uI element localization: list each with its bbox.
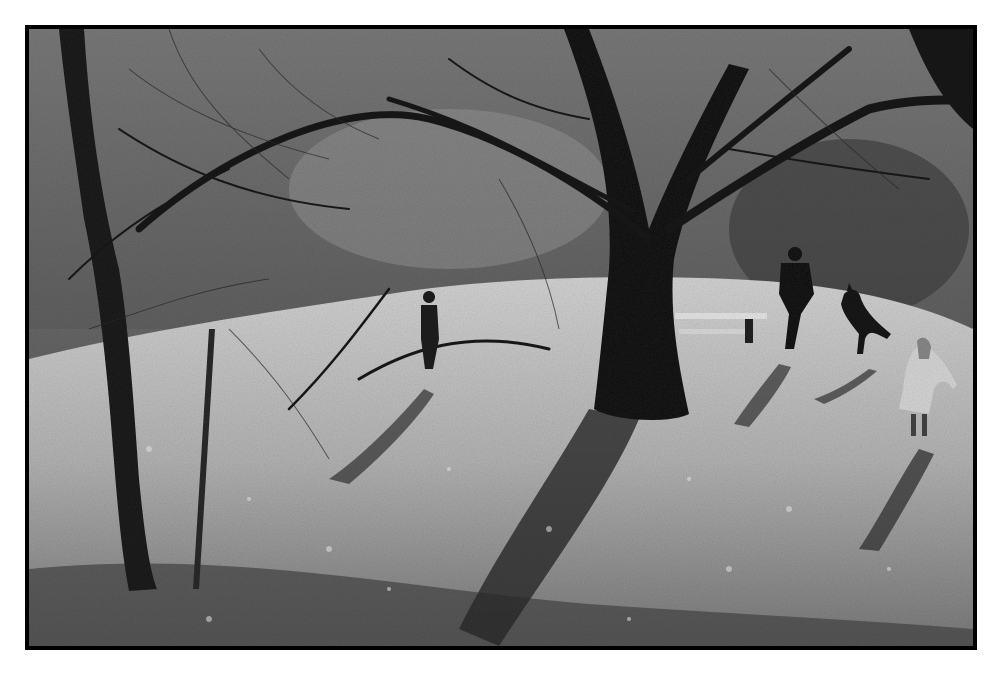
photo-frame bbox=[25, 25, 977, 650]
photo-scene bbox=[29, 29, 973, 646]
park-photograph bbox=[29, 29, 973, 646]
